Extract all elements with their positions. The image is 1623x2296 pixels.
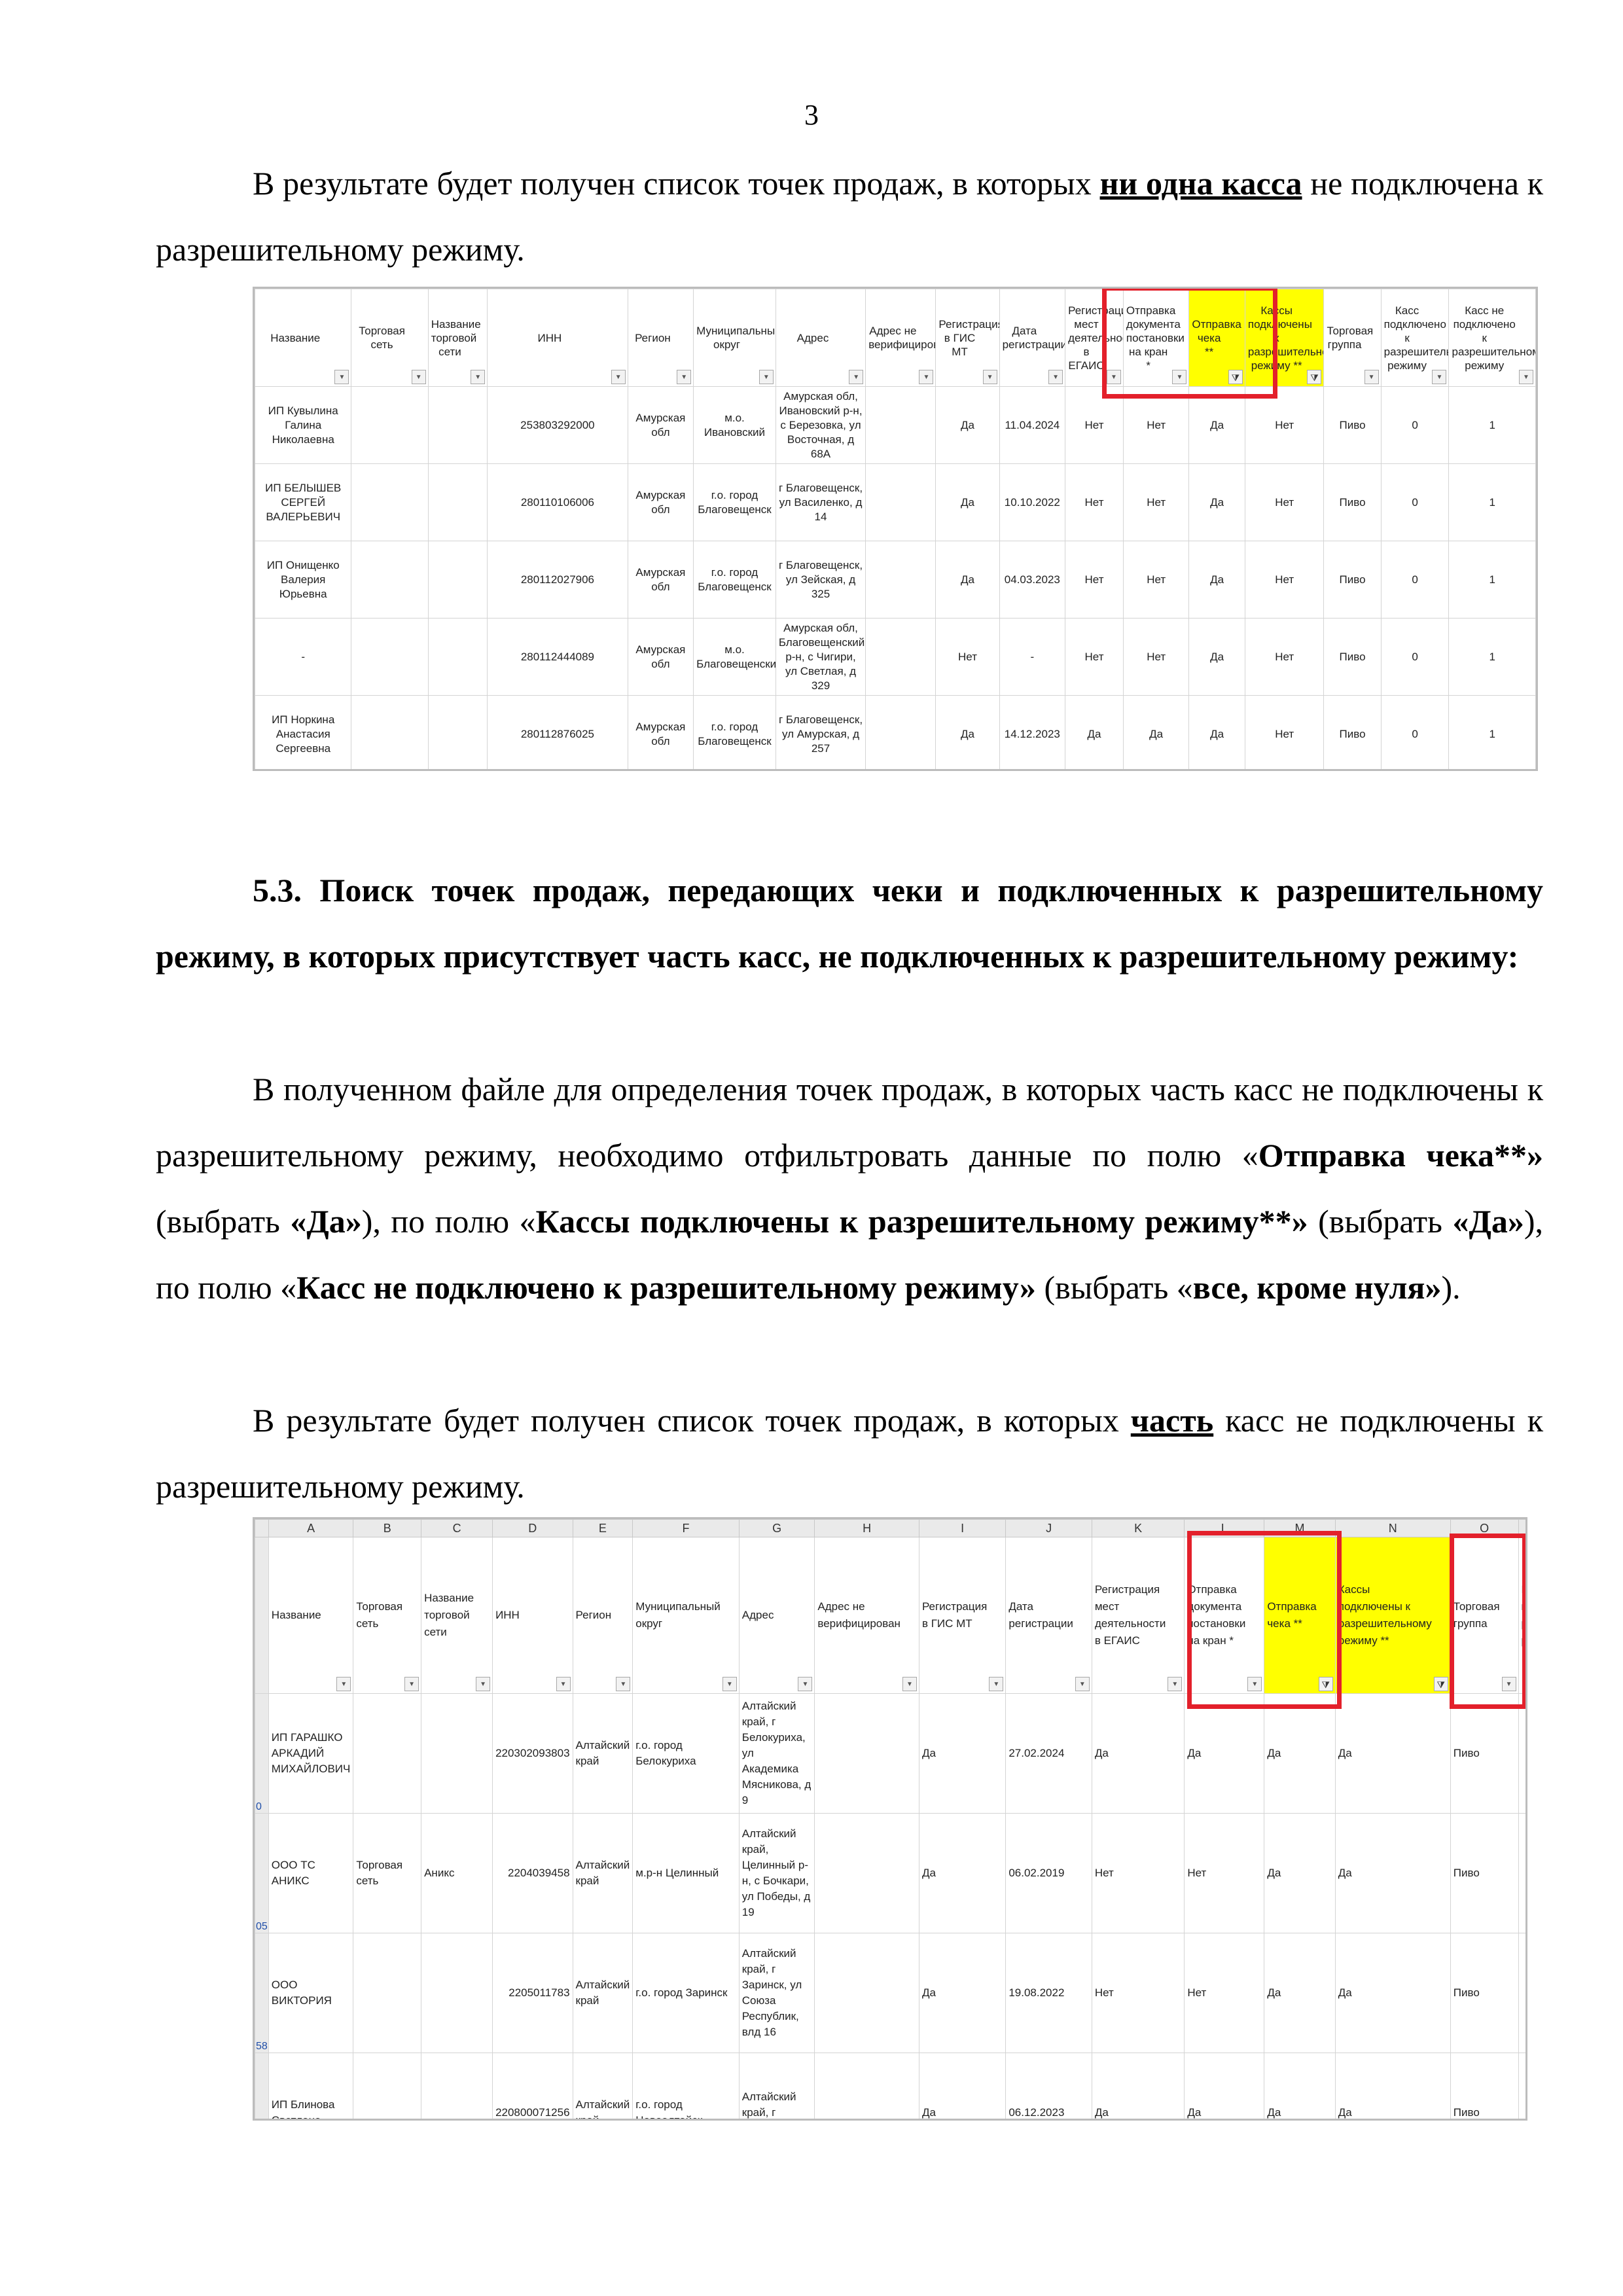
column-header: ИНН▼ (488, 289, 628, 387)
row-number[interactable]: 0 (255, 1694, 269, 1814)
table-cell[interactable]: Да (1335, 1694, 1450, 1814)
table-cell[interactable]: 0 (1381, 387, 1449, 464)
table-row: -280112444089Амурская облм.о. Благовещен… (255, 619, 1536, 696)
dropdown-arrow-icon[interactable]: ▼ (1502, 1677, 1516, 1691)
table-row: ИП БЕЛЫШЕВ СЕРГЕЙ ВАЛЕРЬЕВИЧ280110106006… (255, 464, 1536, 541)
dropdown-arrow-icon[interactable]: ▼ (1364, 370, 1379, 384)
table-cell[interactable] (351, 696, 428, 772)
dropdown-arrow-icon[interactable]: ▼ (919, 370, 933, 384)
table-cell[interactable]: Да (1189, 464, 1245, 541)
table-row: ИП Норкина Анастасия Сергеевна2801128760… (255, 696, 1536, 772)
column-header: Дата регистрации▼ (999, 289, 1065, 387)
table-cell[interactable]: 0 (1381, 696, 1449, 772)
column-header: Название торговой сети▼ (428, 289, 487, 387)
dropdown-arrow-icon[interactable]: ▼ (1172, 370, 1186, 384)
table-cell[interactable]: Алтайский край (573, 1933, 633, 2053)
column-header-label: Торговая сеть (356, 1598, 418, 1632)
table-cell[interactable] (866, 696, 936, 772)
table-cell[interactable]: Нет (1245, 619, 1324, 696)
column-letter[interactable]: B (353, 1520, 421, 1537)
value-all-but-zero: все, кроме нуля» (1193, 1269, 1442, 1306)
table-cell[interactable]: Да (1264, 1933, 1335, 2053)
column-header-label: Регистрация в ГИС МТ (922, 1598, 1003, 1632)
value-da-1: «Да» (290, 1203, 361, 1240)
table-cell[interactable]: г.о. город Благовещенск (694, 464, 776, 541)
column-header: Торговая группа▼ (1324, 289, 1381, 387)
table-cell[interactable]: г.о. город Благовещенск (694, 541, 776, 619)
table-cell[interactable]: Амурская обл (628, 464, 694, 541)
table-cell[interactable]: Алтайский край, г Заринск, ул Союза Респ… (739, 1933, 815, 2053)
table-row: 05ООО ТС АНИКСТорговая сетьАникс22040394… (255, 1814, 1528, 1933)
dropdown-arrow-icon[interactable]: ▼ (1247, 1677, 1262, 1691)
column-letter[interactable]: E (573, 1520, 633, 1537)
p2-t4: (выбрать (1308, 1203, 1453, 1240)
column-header: Торговая сеть▼ (351, 289, 428, 387)
table-cell[interactable]: 06.02.2019 (1006, 1814, 1092, 1933)
spreadsheet-screenshot-2: ABCDEFGHIJKLMNOPQ Название▼Торговая сеть… (253, 1517, 1527, 2121)
p2-t7: ). (1441, 1269, 1460, 1306)
table-cell[interactable]: Пиво (1324, 619, 1381, 696)
table-cell[interactable]: 280112444089 (488, 619, 628, 696)
table-cell[interactable]: 1 (1518, 1694, 1527, 1814)
table-cell[interactable]: Да (919, 1694, 1005, 1814)
table-cell[interactable] (421, 2053, 493, 2121)
table-cell[interactable] (353, 1694, 421, 1814)
table-cell[interactable]: Амурская обл (628, 696, 694, 772)
column-header-label: Адрес не верифицирован (817, 1598, 916, 1632)
column-header: Регистрация мест деятельности в ЕГАИС▼ (1065, 289, 1124, 387)
section-heading-text: 5.3. Поиск точек продаж, передающих чеки… (156, 872, 1543, 975)
table-cell[interactable]: Нет (1065, 541, 1124, 619)
table-cell[interactable]: Да (919, 2053, 1005, 2121)
field-kass-ne-podklyucheno: Касс не подключено к разрешительному реж… (296, 1269, 1036, 1306)
column-header-label: Торговая группа (1454, 1598, 1516, 1632)
dropdown-arrow-icon[interactable]: ▼ (983, 370, 997, 384)
table-row: 0ИП ГАРАШКО АРКАДИЙ МИХАЙЛОВИЧ2203020938… (255, 1694, 1528, 1814)
table-cell[interactable]: Амурская обл (628, 619, 694, 696)
section-heading: 5.3. Поиск точек продаж, передающих чеки… (156, 857, 1543, 990)
column-header-label: ИНН (495, 1607, 569, 1624)
table-cell[interactable]: 11.04.2024 (999, 387, 1065, 464)
table-cell[interactable]: 220302093803 (493, 1694, 573, 1814)
table-cell[interactable]: ИП Норкина Анастасия Сергеевна (255, 696, 351, 772)
column-header: Торговая сеть▼ (353, 1537, 421, 1694)
column-letter[interactable]: M (1264, 1520, 1335, 1537)
column-header: Дата регистрации▼ (1006, 1537, 1092, 1694)
column-header: Касс подключено к разрешительному режиму… (1518, 1537, 1527, 1694)
table-cell[interactable] (866, 619, 936, 696)
column-header: Муниципальный округ▼ (633, 1537, 740, 1694)
table-cell[interactable] (815, 1694, 919, 1814)
para1-text: В результате будет получен список точек … (253, 165, 1100, 202)
column-header-label: Касс не подключено к разрешительному реж… (1452, 304, 1533, 372)
table-cell[interactable]: ООО ТС АНИКС (268, 1814, 353, 1933)
column-header: Касс подключено к разрешительному режиму… (1381, 289, 1449, 387)
dropdown-arrow-icon[interactable]: ▼ (616, 1677, 630, 1691)
table-cell[interactable]: 280112027906 (488, 541, 628, 619)
table-cell[interactable]: ИП Кувылина Галина Николаевна (255, 387, 351, 464)
table-cell[interactable]: Да (1264, 1694, 1335, 1814)
table-cell[interactable]: Нет (1245, 696, 1324, 772)
table-cell[interactable]: Алтайский край, г Новоалтайск, (739, 2053, 815, 2121)
p2-t3: ), по полю « (362, 1203, 536, 1240)
table-cell[interactable]: Алтайский край (573, 1694, 633, 1814)
table-cell[interactable] (866, 464, 936, 541)
table-cell[interactable] (815, 1814, 919, 1933)
table-cell[interactable]: м.о. Ивановский (694, 387, 776, 464)
column-header-label: Регистрация в ГИС МТ (938, 317, 996, 359)
table-cell[interactable]: Нет (1245, 541, 1324, 619)
table-cell[interactable]: Нет (1092, 1933, 1184, 2053)
table-cell[interactable]: Алтайский край (573, 2053, 633, 2121)
table-cell[interactable]: Торговая сеть (353, 1814, 421, 1933)
column-header-label: Адрес (779, 331, 863, 345)
column-letter[interactable]: J (1006, 1520, 1092, 1537)
value-da-2: «Да» (1452, 1203, 1524, 1240)
row-number[interactable]: 58 (255, 1933, 269, 2053)
table-cell[interactable]: Да (1264, 2053, 1335, 2121)
column-header: Регион▼ (628, 289, 694, 387)
table-cell[interactable]: Да (1335, 1933, 1450, 2053)
table-cell[interactable] (351, 619, 428, 696)
column-header: Название▼ (255, 289, 351, 387)
column-header-label: Дата регистрации (1003, 324, 1063, 351)
table-cell[interactable]: Пиво (1324, 464, 1381, 541)
dropdown-arrow-icon[interactable]: ▼ (412, 370, 426, 384)
table-cell[interactable]: 1 (1449, 387, 1536, 464)
table-row: ИП Онищенко Валерия Юрьевна280112027906А… (255, 541, 1536, 619)
table-cell[interactable]: м.о. Благовещенский (694, 619, 776, 696)
table-cell[interactable]: Пиво (1324, 696, 1381, 772)
table-cell[interactable]: 280110106006 (488, 464, 628, 541)
row-header[interactable] (255, 1537, 269, 1694)
table-cell[interactable]: Пиво (1324, 387, 1381, 464)
dropdown-arrow-icon[interactable]: ▼ (849, 370, 863, 384)
table-cell[interactable]: 1 (1449, 696, 1536, 772)
table-cell[interactable]: м.р-н Целинный (633, 1814, 740, 1933)
table-cell[interactable]: 27.02.2024 (1006, 1694, 1092, 1814)
para3-text: В результате будет получен список точек … (253, 1402, 1131, 1439)
table-cell[interactable]: - (999, 619, 1065, 696)
field-kassy-podklyucheny: Кассы подключены к разрешительному режим… (536, 1203, 1308, 1240)
dropdown-arrow-icon[interactable]: ▼ (1048, 370, 1063, 384)
table-cell[interactable]: Пиво (1450, 1933, 1518, 2053)
column-header-label: Адрес (742, 1607, 812, 1624)
table-cell[interactable]: 2205011783 (493, 1933, 573, 2053)
dropdown-arrow-icon[interactable]: ▼ (471, 370, 485, 384)
table-cell[interactable]: Да (919, 1814, 1005, 1933)
table-cell[interactable]: 1 (1518, 1814, 1527, 1933)
table-cell[interactable] (421, 1694, 493, 1814)
column-header: Регион▼ (573, 1537, 633, 1694)
table-cell[interactable]: ИП ГАРАШКО АРКАДИЙ МИХАЙЛОВИЧ (268, 1694, 353, 1814)
column-header: Торговая группа▼ (1450, 1537, 1518, 1694)
dropdown-arrow-icon[interactable]: ▼ (404, 1677, 419, 1691)
table-cell[interactable]: 2204039458 (493, 1814, 573, 1933)
table-cell[interactable]: Да (1065, 696, 1124, 772)
column-header-label: Название торговой сети (424, 1590, 490, 1641)
column-header: Регистрация в ГИС МТ▼ (919, 1537, 1005, 1694)
filter-active-icon[interactable]: ⧩ (1228, 370, 1243, 384)
table-cell[interactable] (353, 2053, 421, 2121)
column-header-label: Название (258, 331, 348, 345)
p2-t2: (выбрать (156, 1203, 290, 1240)
table-cell[interactable]: Нет (1123, 387, 1189, 464)
table-cell[interactable]: г Благовещенск, ул Василенко, д 14 (776, 464, 865, 541)
table-cell[interactable]: ИП Онищенко Валерия Юрьевна (255, 541, 351, 619)
table-cell[interactable]: Нет (1185, 1814, 1264, 1933)
table-cell[interactable]: 0 (1381, 464, 1449, 541)
table-cell[interactable] (428, 696, 487, 772)
table-cell[interactable] (866, 541, 936, 619)
column-header-label: Регистрация мест деятельности в ЕГАИС (1068, 304, 1120, 372)
table-cell[interactable]: Да (1185, 2053, 1264, 2121)
column-header: Отправка чека **⧩ (1189, 289, 1245, 387)
table-cell[interactable]: 0 (1381, 619, 1449, 696)
table-cell[interactable] (866, 387, 936, 464)
table-cell[interactable]: Амурская обл (628, 387, 694, 464)
column-header-label: Отправка документа постановки на кран * (1126, 304, 1186, 372)
column-header-label: Торговая группа (1327, 324, 1378, 351)
table-cell[interactable]: Да (1189, 541, 1245, 619)
table-cell[interactable]: Нет (1123, 619, 1189, 696)
dropdown-arrow-icon[interactable]: ▼ (556, 1677, 571, 1691)
table-cell[interactable]: Да (1185, 1694, 1264, 1814)
table-cell[interactable]: Да (919, 1933, 1005, 2053)
column-letter[interactable]: H (815, 1520, 919, 1537)
column-letter[interactable]: O (1450, 1520, 1518, 1537)
table-cell[interactable]: ИП Блинова Светлана (268, 2053, 353, 2121)
table-cell[interactable]: 1 (1518, 1933, 1527, 2053)
column-header: Кассы подключены к разрешительному режим… (1335, 1537, 1450, 1694)
column-letter[interactable]: D (493, 1520, 573, 1537)
table-cell[interactable]: Нет (1245, 387, 1324, 464)
column-header-label: Отправка документа постановки на кран * (1187, 1581, 1261, 1649)
table-cell[interactable]: Нет (1185, 1933, 1264, 2053)
dropdown-arrow-icon[interactable]: ▼ (476, 1677, 490, 1691)
table-cell[interactable]: Пиво (1450, 1814, 1518, 1933)
column-header: Адрес▼ (739, 1537, 815, 1694)
column-header-label: Адрес не верифицирован (868, 324, 933, 351)
table-cell[interactable]: Да (1189, 619, 1245, 696)
column-letter[interactable]: L (1185, 1520, 1264, 1537)
column-header: ИНН▼ (493, 1537, 573, 1694)
table-cell[interactable]: 10.10.2022 (999, 464, 1065, 541)
column-header: Отправка документа постановки на кран *▼ (1123, 289, 1189, 387)
table-cell[interactable]: г Благовещенск, ул Амурская, д 257 (776, 696, 865, 772)
column-header-label: Название (272, 1607, 351, 1624)
table-cell[interactable] (428, 541, 487, 619)
table-cell[interactable]: 1 (1449, 541, 1536, 619)
table-cell[interactable]: Пиво (1450, 1694, 1518, 1814)
column-header: Кассы подключены к разрешительному режим… (1245, 289, 1324, 387)
dropdown-arrow-icon[interactable]: ▼ (1519, 370, 1533, 384)
table-cell[interactable] (815, 1933, 919, 2053)
column-header: Название▼ (268, 1537, 353, 1694)
table-cell[interactable]: ООО ВИКТОРИЯ (268, 1933, 353, 2053)
table-cell[interactable]: 220800071256 (493, 2053, 573, 2121)
filter-active-icon[interactable]: ⧩ (1319, 1677, 1333, 1691)
table-cell[interactable]: Амурская обл, Благовещенский р-н, с Чиги… (776, 619, 865, 696)
dropdown-arrow-icon[interactable]: ▼ (759, 370, 774, 384)
table-cell[interactable]: г.о. город Новоалтайск (633, 2053, 740, 2121)
table-cell[interactable]: Да (1335, 1814, 1450, 1933)
page-number: 3 (0, 98, 1623, 132)
table-row: 58ООО ВИКТОРИЯ2205011783Алтайский крайг.… (255, 1933, 1528, 2053)
table-cell[interactable]: Нет (1092, 1814, 1184, 1933)
table-cell[interactable]: Алтайский край (573, 1814, 633, 1933)
dropdown-arrow-icon[interactable]: ▼ (989, 1677, 1003, 1691)
column-letter[interactable]: C (421, 1520, 493, 1537)
table-cell[interactable]: Да (1335, 2053, 1450, 2121)
dropdown-arrow-icon[interactable]: ▼ (722, 1677, 737, 1691)
table-cell[interactable] (351, 387, 428, 464)
column-header-label: Торговая сеть (354, 324, 425, 351)
column-header: Регистрация в ГИС МТ▼ (936, 289, 999, 387)
filter-active-icon[interactable]: ⧩ (1434, 1677, 1448, 1691)
column-header-label: Регистрация мест деятельности в ЕГАИС (1095, 1581, 1181, 1649)
spreadsheet-screenshot-1: Название▼Торговая сеть▼Название торговой… (253, 287, 1538, 771)
column-header-label: Касс подключено к разрешительному режиму (1384, 304, 1446, 372)
column-header-label: Касс подключено к разрешительному режиму (1522, 1581, 1527, 1649)
table-cell[interactable]: 280112876025 (488, 696, 628, 772)
column-header-label: Регион (631, 331, 691, 345)
column-header-label: Отправка чека ** (1192, 317, 1241, 359)
column-header: Адрес не верифицирован▼ (866, 289, 936, 387)
column-letter[interactable]: K (1092, 1520, 1184, 1537)
column-letter[interactable]: G (739, 1520, 815, 1537)
column-header-label: Отправка чека ** (1267, 1598, 1332, 1632)
table-cell[interactable]: Да (1189, 696, 1245, 772)
table-cell[interactable]: 1 (1449, 619, 1536, 696)
table-cell[interactable]: Аникс (421, 1814, 493, 1933)
column-letter[interactable]: N (1335, 1520, 1450, 1537)
table-cell[interactable]: 04.03.2023 (999, 541, 1065, 619)
column-letter[interactable]: P (1518, 1520, 1527, 1537)
table-cell[interactable]: г.о. город Заринск (633, 1933, 740, 2053)
dropdown-arrow-icon[interactable]: ▼ (334, 370, 349, 384)
table-cell[interactable]: Амурская обл, Ивановский р-н, с Березовк… (776, 387, 865, 464)
column-header: Адрес не верифицирован▼ (815, 1537, 919, 1694)
column-header-label: Кассы подключены к разрешительному режим… (1248, 304, 1321, 372)
table-cell[interactable]: Нет (936, 619, 999, 696)
table-cell[interactable]: 0 (1381, 541, 1449, 619)
table-cell[interactable]: Да (1092, 2053, 1184, 2121)
table-cell[interactable]: Амурская обл (628, 541, 694, 619)
column-header-label: Муниципальный округ (635, 1598, 736, 1632)
dropdown-arrow-icon[interactable]: ▼ (902, 1677, 917, 1691)
table-cell[interactable]: - (255, 619, 351, 696)
table-cell[interactable]: Нет (1245, 464, 1324, 541)
column-header: Название торговой сети▼ (421, 1537, 493, 1694)
table-cell[interactable]: Да (936, 464, 999, 541)
table-cell[interactable]: 14.12.2023 (999, 696, 1065, 772)
table-cell[interactable]: Да (936, 541, 999, 619)
dropdown-arrow-icon[interactable]: ▼ (798, 1677, 812, 1691)
table-cell[interactable]: 06.12.2023 (1006, 2053, 1092, 2121)
dropdown-arrow-icon[interactable]: ▼ (677, 370, 691, 384)
table-cell[interactable]: Нет (1065, 387, 1124, 464)
table-cell[interactable]: ИП БЕЛЫШЕВ СЕРГЕЙ ВАЛЕРЬЕВИЧ (255, 464, 351, 541)
table-cell[interactable] (815, 2053, 919, 2121)
column-header-label: ИНН (490, 331, 624, 345)
table-cell[interactable]: Да (1264, 1814, 1335, 1933)
table-cell[interactable]: Да (1123, 696, 1189, 772)
table-cell[interactable] (428, 619, 487, 696)
column-header: Адрес▼ (776, 289, 865, 387)
table-cell[interactable]: Нет (1065, 619, 1124, 696)
table-cell[interactable]: Нет (1123, 464, 1189, 541)
table-cell[interactable] (421, 1933, 493, 2053)
paragraph-result-part: В результате будет получен список точек … (156, 1388, 1543, 1520)
dropdown-arrow-icon[interactable]: ▼ (1168, 1677, 1182, 1691)
field-otpravka-cheka: Отправка чека**» (1258, 1137, 1543, 1174)
table-cell[interactable]: Пиво (1450, 2053, 1518, 2121)
table-cell[interactable] (351, 464, 428, 541)
table-cell[interactable]: Алтайский край, Целинный р-н, с Бочкари,… (739, 1814, 815, 1933)
table-cell[interactable] (353, 1933, 421, 2053)
column-header-label: Регион (576, 1607, 630, 1624)
p2-t6: (выбрать « (1036, 1269, 1193, 1306)
column-header-label: Название торговой сети (431, 317, 484, 359)
column-header-label: Муниципальный округ (696, 324, 773, 351)
para3-emphasis: часть (1131, 1402, 1213, 1439)
column-letter[interactable]: A (268, 1520, 353, 1537)
table-cell[interactable] (428, 464, 487, 541)
column-header: Касс не подключено к разрешительному реж… (1449, 289, 1536, 387)
table-cell[interactable]: Да (1092, 1694, 1184, 1814)
dropdown-arrow-icon[interactable]: ▼ (611, 370, 626, 384)
paragraph-result-none: В результате будет получен список точек … (156, 151, 1543, 283)
row-number[interactable] (255, 2053, 269, 2121)
table-cell[interactable]: 19.08.2022 (1006, 1933, 1092, 2053)
column-header-label: Дата регистрации (1008, 1598, 1089, 1632)
table-cell[interactable]: Нет (1123, 541, 1189, 619)
column-header: Отправка документа постановки на кран *▼ (1185, 1537, 1264, 1694)
column-letter[interactable]: I (919, 1520, 1005, 1537)
dropdown-arrow-icon[interactable]: ▼ (1107, 370, 1121, 384)
row-number[interactable]: 05 (255, 1814, 269, 1933)
table-cell[interactable]: Нет (1065, 464, 1124, 541)
dropdown-arrow-icon[interactable]: ▼ (336, 1677, 351, 1691)
table-cell[interactable]: Алтайский край, г Белокуриха, ул Академи… (739, 1694, 815, 1814)
table-cell[interactable] (428, 387, 487, 464)
table-cell[interactable]: г.о. город Белокуриха (633, 1694, 740, 1814)
filter-active-icon[interactable]: ⧩ (1307, 370, 1321, 384)
column-header-label: Кассы подключены к разрешительному режим… (1338, 1581, 1448, 1649)
table-cell[interactable] (351, 541, 428, 619)
column-header: Отправка чека **⧩ (1264, 1537, 1335, 1694)
table-cell[interactable]: Да (936, 387, 999, 464)
table-cell[interactable]: Да (1189, 387, 1245, 464)
table-cell[interactable]: г.о. город Благовещенск (694, 696, 776, 772)
paragraph-instructions: В полученном файле для определения точек… (156, 1056, 1543, 1321)
column-letter[interactable]: F (633, 1520, 740, 1537)
para1-emphasis: ни одна касса (1100, 165, 1302, 202)
table-cell[interactable]: Да (936, 696, 999, 772)
table-cell[interactable]: 1 (1449, 464, 1536, 541)
table-cell[interactable]: Пиво (1324, 541, 1381, 619)
select-all-corner[interactable] (255, 1520, 269, 1537)
table-row: ИП Кувылина Галина Николаевна25380329200… (255, 387, 1536, 464)
table-cell[interactable]: 1 (1518, 2053, 1527, 2121)
column-header: Муниципальный округ▼ (694, 289, 776, 387)
table-row: ИП Блинова Светлана220800071256Алтайский… (255, 2053, 1528, 2121)
dropdown-arrow-icon[interactable]: ▼ (1432, 370, 1446, 384)
table-cell[interactable]: г Благовещенск, ул Зейская, д 325 (776, 541, 865, 619)
table-cell[interactable]: 253803292000 (488, 387, 628, 464)
dropdown-arrow-icon[interactable]: ▼ (1075, 1677, 1090, 1691)
